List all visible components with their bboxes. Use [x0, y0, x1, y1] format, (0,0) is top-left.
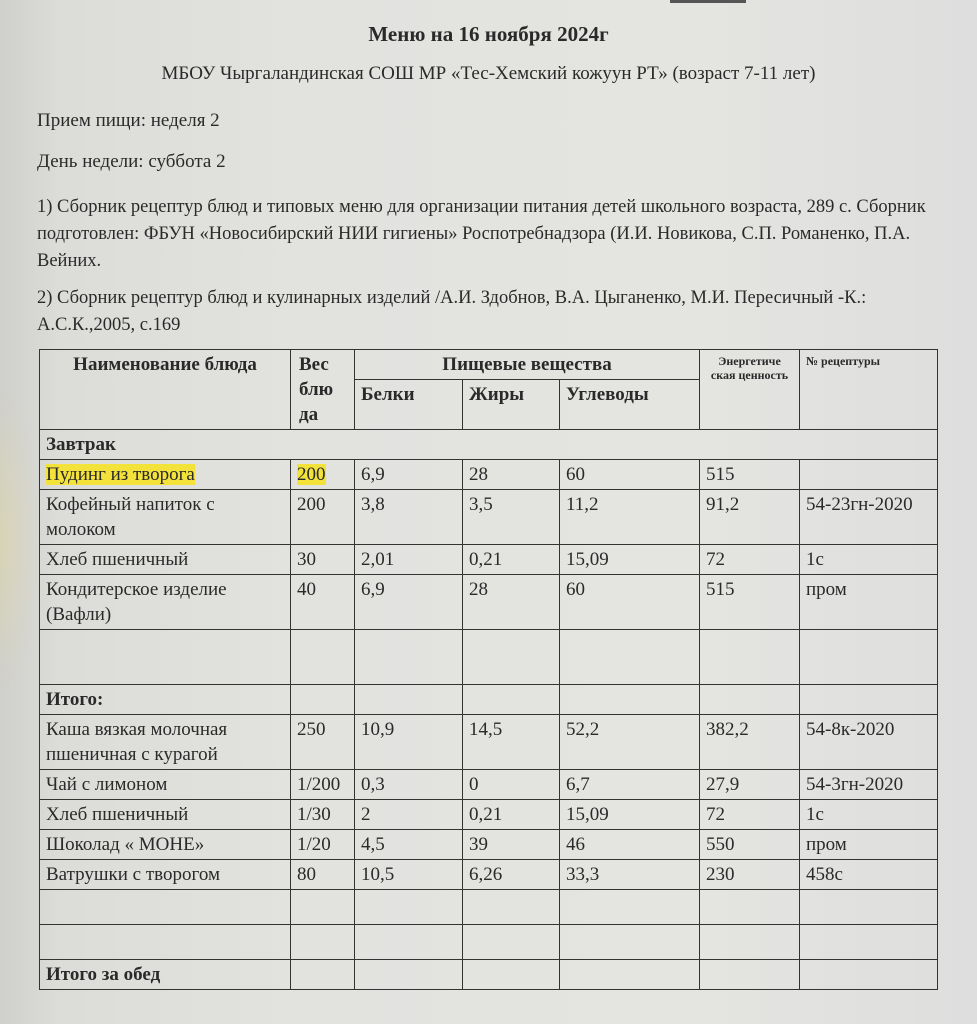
cell-weight: 1/200	[291, 770, 355, 800]
cell-name: Каша вязкая молочная пшеничная с курагой	[40, 715, 291, 770]
fat-value: 14,5	[469, 719, 502, 740]
cell-energy: 27,9	[700, 770, 800, 800]
header-protein: Белки	[355, 380, 463, 430]
cell-protein: 3,8	[355, 490, 463, 545]
empty-cell	[700, 630, 800, 685]
empty-cell	[40, 890, 291, 925]
empty-cell	[463, 685, 560, 715]
cell-energy: 72	[700, 800, 800, 830]
table-row: Ватрушки с творогом8010,56,2633,3230458с	[40, 860, 938, 890]
energy-value: 550	[706, 834, 735, 855]
recipe-value: 54-8к-2020	[806, 719, 894, 740]
empty-cell	[355, 685, 463, 715]
cell-recipe: пром	[800, 575, 938, 630]
protein-value: 3,8	[361, 494, 385, 515]
header-carbs: Углеводы	[560, 380, 700, 430]
cell-fat: 39	[463, 830, 560, 860]
table-row: Шоколад « МОНЕ»1/204,53946550пром	[40, 830, 938, 860]
name-value: Кофейный напиток с молоком	[46, 494, 215, 540]
cell-protein: 10,5	[355, 860, 463, 890]
empty-cell	[355, 890, 463, 925]
weight-value: 80	[297, 864, 316, 885]
header-nutrients: Пищевые вещества	[355, 350, 700, 380]
name-value: Чай с лимоном	[46, 774, 167, 795]
recipe-value: пром	[806, 579, 847, 600]
cell-name: Пудинг из творога	[40, 460, 291, 490]
cell-energy: 550	[700, 830, 800, 860]
carbs-value: 52,2	[566, 719, 599, 740]
table-row: Хлеб пшеничный1/3020,2115,09721с	[40, 800, 938, 830]
name-value: Шоколад « МОНЕ»	[46, 834, 204, 855]
energy-value: 515	[706, 579, 735, 600]
empty-cell	[560, 925, 700, 960]
top-edge-object	[670, 0, 746, 3]
fat-value: 3,5	[469, 494, 493, 515]
protein-value: 6,9	[361, 464, 385, 485]
protein-value: 10,9	[361, 719, 394, 740]
empty-cell	[291, 960, 355, 990]
reference-1: 1) Сборник рецептур блюд и типовых меню …	[37, 194, 937, 275]
weight-value: 250	[297, 719, 326, 740]
table-row: Хлеб пшеничный302,010,2115,09721с	[40, 545, 938, 575]
cell-fat: 0	[463, 770, 560, 800]
empty-cell	[355, 960, 463, 990]
cell-recipe: 54-3гн-2020	[800, 770, 938, 800]
empty-cell	[560, 890, 700, 925]
cell-recipe: 1с	[800, 545, 938, 575]
cell-weight: 30	[291, 545, 355, 575]
cell-recipe: 54-8к-2020	[800, 715, 938, 770]
protein-value: 0,3	[361, 774, 385, 795]
cell-carbs: 11,2	[560, 490, 700, 545]
cell-protein: 2,01	[355, 545, 463, 575]
cell-fat: 28	[463, 460, 560, 490]
header-fat: Жиры	[463, 380, 560, 430]
name-value: Хлеб пшеничный	[46, 549, 188, 570]
fat-value: 0	[469, 774, 479, 795]
cell-carbs: 60	[560, 575, 700, 630]
empty-cell	[463, 890, 560, 925]
name-value: Ватрушки с творогом	[46, 864, 220, 885]
cell-name: Кофейный напиток с молоком	[40, 490, 291, 545]
cell-energy: 72	[700, 545, 800, 575]
name-value: Пудинг из творога	[46, 464, 195, 485]
recipe-value: 54-3гн-2020	[806, 774, 903, 795]
protein-value: 6,9	[361, 579, 385, 600]
cell-carbs: 60	[560, 460, 700, 490]
name-value: Хлеб пшеничный	[46, 804, 188, 825]
weight-value: 200	[297, 494, 326, 515]
recipe-value: 54-23гн-2020	[806, 494, 913, 515]
table-row: Каша вязкая молочная пшеничная с курагой…	[40, 715, 938, 770]
cell-name: Шоколад « МОНЕ»	[40, 830, 291, 860]
table-row: Пудинг из творога2006,92860515	[40, 460, 938, 490]
cell-energy: 515	[700, 575, 800, 630]
cell-fat: 14,5	[463, 715, 560, 770]
cell-recipe: 458с	[800, 860, 938, 890]
cell-name: Кондитерское изделие (Вафли)	[40, 575, 291, 630]
cell-fat: 0,21	[463, 800, 560, 830]
table-row: Кондитерское изделие (Вафли)406,92860515…	[40, 575, 938, 630]
cell-carbs: 52,2	[560, 715, 700, 770]
empty-cell	[291, 630, 355, 685]
empty-cell	[463, 630, 560, 685]
cell-name: Чай с лимоном	[40, 770, 291, 800]
fat-value: 0,21	[469, 549, 502, 570]
cell-carbs: 6,7	[560, 770, 700, 800]
energy-value: 72	[706, 549, 725, 570]
cell-fat: 3,5	[463, 490, 560, 545]
cell-weight: 80	[291, 860, 355, 890]
cell-energy: 91,2	[700, 490, 800, 545]
fat-value: 28	[469, 579, 488, 600]
empty-cell	[560, 685, 700, 715]
empty-cell	[700, 960, 800, 990]
empty-cell	[291, 925, 355, 960]
school-name: МБОУ Чыргаландинская СОШ МР «Тес-Хемский…	[0, 63, 977, 85]
cell-recipe: пром	[800, 830, 938, 860]
meal-week: Прием пищи: неделя 2	[37, 110, 220, 132]
weight-value: 200	[297, 464, 326, 485]
header-weight: Вес блю да	[291, 350, 355, 430]
carbs-value: 15,09	[566, 804, 609, 825]
recipe-value: 458с	[806, 864, 843, 885]
empty-cell	[700, 685, 800, 715]
cell-weight: 200	[291, 490, 355, 545]
reference-2: 2) Сборник рецептур блюд и кулинарных из…	[37, 285, 937, 339]
fat-value: 6,26	[469, 864, 502, 885]
energy-value: 72	[706, 804, 725, 825]
empty-cell	[800, 685, 938, 715]
energy-value: 230	[706, 864, 735, 885]
empty-cell	[560, 630, 700, 685]
empty-cell	[355, 630, 463, 685]
cell-protein: 6,9	[355, 460, 463, 490]
recipe-value: 1с	[806, 804, 824, 825]
carbs-value: 15,09	[566, 549, 609, 570]
header-dish-name: Наименование блюда	[40, 350, 291, 430]
protein-value: 10,5	[361, 864, 394, 885]
cell-protein: 4,5	[355, 830, 463, 860]
cell-energy: 515	[700, 460, 800, 490]
page-shadow	[0, 380, 40, 700]
empty-cell	[800, 630, 938, 685]
cell-weight: 200	[291, 460, 355, 490]
cell-recipe: 54-23гн-2020	[800, 490, 938, 545]
cell-carbs: 46	[560, 830, 700, 860]
weekday: День недели: суббота 2	[37, 151, 226, 173]
empty-cell	[291, 890, 355, 925]
cell-fat: 6,26	[463, 860, 560, 890]
cell-carbs: 15,09	[560, 545, 700, 575]
lunch-total-label: Итого за обед	[40, 960, 291, 990]
cell-energy: 382,2	[700, 715, 800, 770]
energy-value: 91,2	[706, 494, 739, 515]
fat-value: 39	[469, 834, 488, 855]
carbs-value: 60	[566, 579, 585, 600]
weight-value: 1/20	[297, 834, 331, 855]
cell-energy: 230	[700, 860, 800, 890]
fat-value: 28	[469, 464, 488, 485]
cell-name: Хлеб пшеничный	[40, 800, 291, 830]
cell-protein: 10,9	[355, 715, 463, 770]
cell-recipe	[800, 460, 938, 490]
weight-value: 1/30	[297, 804, 331, 825]
cell-weight: 40	[291, 575, 355, 630]
recipe-value: пром	[806, 834, 847, 855]
carbs-value: 46	[566, 834, 585, 855]
empty-cell	[291, 685, 355, 715]
empty-cell	[700, 890, 800, 925]
section-breakfast: Завтрак	[40, 430, 938, 460]
table-row: Чай с лимоном1/2000,306,727,954-3гн-2020	[40, 770, 938, 800]
energy-value: 382,2	[706, 719, 749, 740]
empty-cell	[355, 925, 463, 960]
empty-row	[40, 890, 938, 925]
header-energy: Энергетиче ская ценность	[700, 350, 800, 430]
weight-value: 1/200	[297, 774, 340, 795]
carbs-value: 33,3	[566, 864, 599, 885]
empty-cell	[560, 960, 700, 990]
cell-weight: 1/20	[291, 830, 355, 860]
empty-cell	[40, 630, 291, 685]
energy-value: 27,9	[706, 774, 739, 795]
protein-value: 2,01	[361, 549, 394, 570]
name-value: Каша вязкая молочная пшеничная с курагой	[46, 719, 227, 765]
empty-cell	[463, 960, 560, 990]
empty-row	[40, 925, 938, 960]
weight-value: 40	[297, 579, 316, 600]
energy-value: 515	[706, 464, 735, 485]
carbs-value: 60	[566, 464, 585, 485]
empty-cell	[700, 925, 800, 960]
cell-carbs: 33,3	[560, 860, 700, 890]
protein-value: 2	[361, 804, 371, 825]
cell-fat: 0,21	[463, 545, 560, 575]
cell-carbs: 15,09	[560, 800, 700, 830]
cell-name: Хлеб пшеничный	[40, 545, 291, 575]
weight-value: 30	[297, 549, 316, 570]
cell-recipe: 1с	[800, 800, 938, 830]
empty-cell	[800, 960, 938, 990]
empty-cell	[800, 890, 938, 925]
cell-fat: 28	[463, 575, 560, 630]
empty-cell	[40, 925, 291, 960]
breakfast-total-label: Итого:	[40, 685, 291, 715]
recipe-value: 1с	[806, 549, 824, 570]
menu-title: Меню на 16 ноября 2024г	[0, 22, 977, 47]
protein-value: 4,5	[361, 834, 385, 855]
fat-value: 0,21	[469, 804, 502, 825]
cell-protein: 2	[355, 800, 463, 830]
empty-cell	[463, 925, 560, 960]
cell-protein: 6,9	[355, 575, 463, 630]
name-value: Кондитерское изделие (Вафли)	[46, 579, 227, 625]
header-recipe: № рецептуры	[800, 350, 938, 430]
cell-weight: 1/30	[291, 800, 355, 830]
carbs-value: 11,2	[566, 494, 599, 515]
carbs-value: 6,7	[566, 774, 590, 795]
empty-cell	[800, 925, 938, 960]
menu-table: Наименование блюда Вес блю да Пищевые ве…	[39, 349, 938, 990]
cell-protein: 0,3	[355, 770, 463, 800]
cell-weight: 250	[291, 715, 355, 770]
cell-name: Ватрушки с творогом	[40, 860, 291, 890]
table-row: Кофейный напиток с молоком2003,83,511,29…	[40, 490, 938, 545]
empty-row	[40, 630, 938, 685]
